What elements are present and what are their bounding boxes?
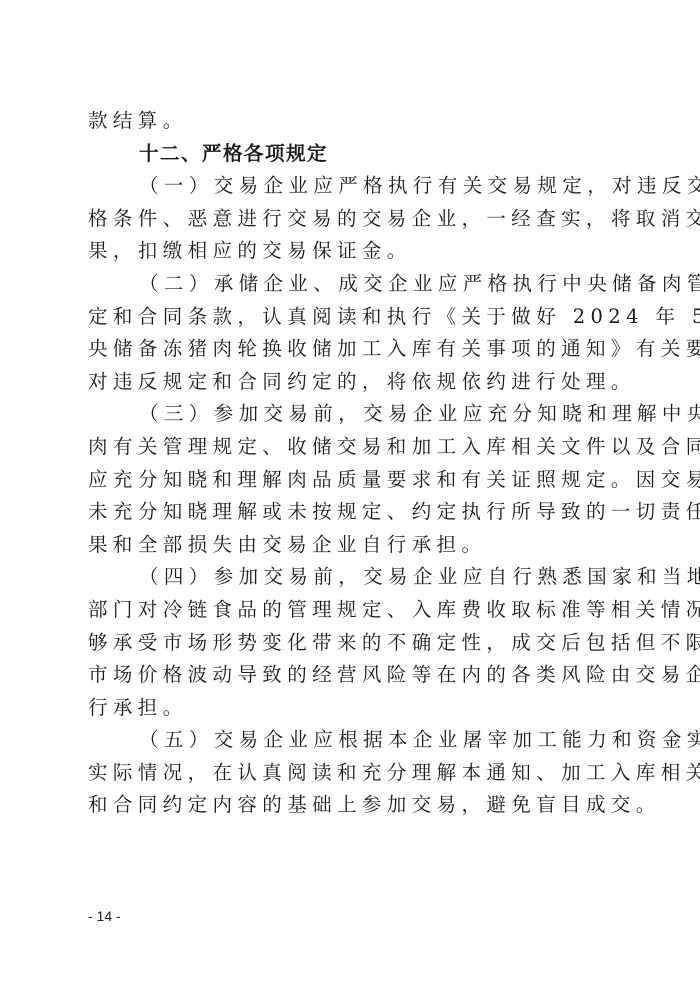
paragraph-2-line: 央储备冻猪肉轮换收储加工入库有关事项的通知》有关要求。 bbox=[88, 333, 604, 366]
paragraph-3-line: 肉有关管理规定、收储交易和加工入库相关文件以及合同约定， bbox=[88, 431, 604, 464]
paragraph-4-line: 部门对冷链食品的管理规定、入库费收取标准等相关情况，能 bbox=[88, 594, 604, 627]
paragraph-1-line: 果，扣缴相应的交易保证金。 bbox=[88, 235, 604, 268]
section-heading: 十二、严格各项规定 bbox=[88, 138, 604, 171]
paragraph-4-line: 市场价格波动导致的经营风险等在内的各类风险由交易企业自 bbox=[88, 659, 604, 692]
text-line: 款结算。 bbox=[88, 105, 604, 138]
paragraph-3-line: 未充分知晓理解或未按规定、约定执行所导致的一切责任、后 bbox=[88, 496, 604, 529]
paragraph-3-line: （三）参加交易前，交易企业应充分知晓和理解中央储备 bbox=[88, 398, 604, 431]
paragraph-3-line: 应充分知晓和理解肉品质量要求和有关证照规定。因交易企业 bbox=[88, 464, 604, 497]
paragraph-1-line: （一）交易企业应严格执行有关交易规定，对违反交易资 bbox=[88, 170, 604, 203]
paragraph-4-line: 行承担。 bbox=[88, 692, 604, 725]
page-number: - 14 - bbox=[88, 908, 121, 924]
paragraph-2-line: （二）承储企业、成交企业应严格执行中央储备肉管理规 bbox=[88, 268, 604, 301]
document-body: 款结算。 十二、严格各项规定 （一）交易企业应严格执行有关交易规定，对违反交易资… bbox=[88, 105, 604, 822]
paragraph-1-line: 格条件、恶意进行交易的交易企业，一经查实，将取消交易结 bbox=[88, 203, 604, 236]
paragraph-5-line: 和合同约定内容的基础上参加交易，避免盲目成交。 bbox=[88, 789, 604, 822]
paragraph-3-line: 果和全部损失由交易企业自行承担。 bbox=[88, 529, 604, 562]
paragraph-2-line: 对违反规定和合同约定的，将依规依约进行处理。 bbox=[88, 366, 604, 399]
paragraph-2-line: 定和合同条款，认真阅读和执行《关于做好 2024 年 5 月 9 日中 bbox=[88, 301, 604, 334]
paragraph-5-line: 实际情况，在认真阅读和充分理解本通知、加工入库相关文件 bbox=[88, 757, 604, 790]
document-page: 款结算。 十二、严格各项规定 （一）交易企业应严格执行有关交易规定，对违反交易资… bbox=[0, 0, 700, 989]
paragraph-4-line: （四）参加交易前，交易企业应自行熟悉国家和当地有关 bbox=[88, 561, 604, 594]
paragraph-5-line: （五）交易企业应根据本企业屠宰加工能力和资金实力等 bbox=[88, 724, 604, 757]
paragraph-4-line: 够承受市场形势变化带来的不确定性，成交后包括但不限于因 bbox=[88, 627, 604, 660]
